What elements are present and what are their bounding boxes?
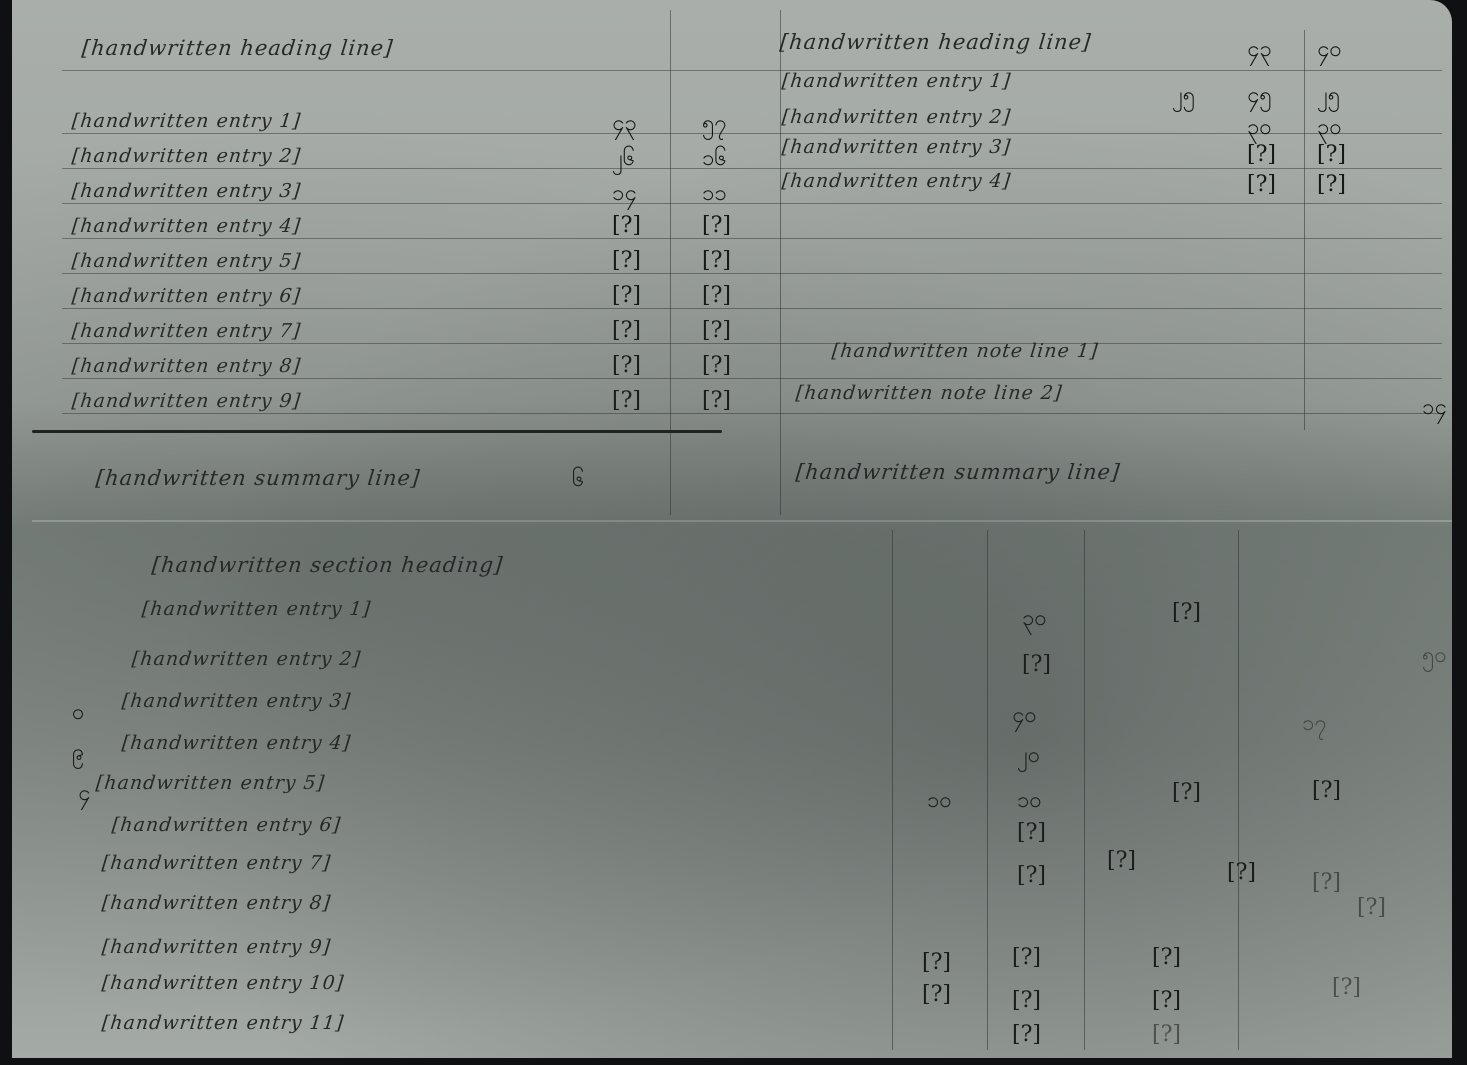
ledger-page: [handwritten heading line] [handwritten … — [12, 0, 1452, 1058]
ruled-line — [62, 203, 1442, 204]
entry-line: [handwritten entry 7] — [71, 320, 302, 342]
amount-2: ၃၀ — [1317, 112, 1342, 145]
amount-2: [?] — [1317, 172, 1346, 197]
entry-line: [handwritten entry 1] — [781, 70, 1012, 92]
entry-line: [handwritten entry 4] — [71, 215, 302, 237]
row-marker: ၀ — [72, 697, 84, 730]
col-2: [?] — [1017, 820, 1046, 845]
col-2: ၃၀ — [1022, 603, 1047, 636]
col-2: [?] — [1012, 945, 1041, 970]
amount-2: ၅၇ — [702, 108, 727, 141]
column-rule — [670, 10, 671, 515]
col-3: [?] — [1172, 600, 1201, 625]
entry-line: [handwritten entry 7] — [101, 852, 332, 874]
col-2: ၄၀ — [1012, 700, 1037, 733]
amount-0: ၂၅ — [1172, 80, 1195, 113]
entry-line: [handwritten entry 9] — [71, 390, 302, 412]
col-5: [?] — [1312, 778, 1341, 803]
entry-line: [handwritten entry 4] — [121, 732, 352, 754]
col-1: ၁၀ — [927, 785, 952, 818]
entry-line: [handwritten entry 6] — [71, 285, 302, 307]
entry-line: [handwritten entry 6] — [111, 814, 342, 836]
entry-line: [handwritten entry 5] — [71, 250, 302, 272]
amount-1: ၄၅ — [1247, 80, 1272, 113]
col-3: [?] — [1152, 1022, 1181, 1047]
column-rule — [1238, 530, 1239, 1050]
summary-left-amount: ၆ — [572, 464, 584, 497]
amount-1: ၂၆ — [612, 143, 635, 176]
ruled-line — [62, 133, 1442, 134]
amount-2: [?] — [702, 248, 731, 273]
amount-1: ၃၀ — [1247, 112, 1272, 145]
amount-1: [?] — [612, 318, 641, 343]
col-5: [?] — [1312, 870, 1341, 895]
entry-line: [handwritten entry 1] — [71, 110, 302, 132]
col-2: [?] — [1012, 1022, 1041, 1047]
amount-2: [?] — [702, 353, 731, 378]
column-rule — [892, 530, 893, 1050]
ruled-line — [62, 168, 1442, 169]
amount-1: [?] — [612, 388, 641, 413]
col-2: [?] — [1012, 988, 1041, 1013]
amount-2: ၂၅ — [1317, 80, 1340, 113]
entry-line: [handwritten entry 8] — [71, 355, 302, 377]
ruled-line — [32, 520, 1452, 522]
amount-2: [?] — [702, 213, 731, 238]
entry-line: [handwritten entry 3] — [781, 136, 1012, 158]
upper-right-heading: [handwritten heading line] — [779, 30, 1093, 54]
col-3: [?] — [1152, 945, 1181, 970]
ruled-line — [62, 70, 1442, 71]
amount-1: [?] — [612, 283, 641, 308]
note-line: [handwritten note line 2] — [795, 382, 1064, 404]
amount-1: [?] — [1247, 142, 1276, 167]
col-3: [?] — [1107, 848, 1136, 873]
amount-1: [?] — [612, 248, 641, 273]
entry-line: [handwritten entry 2] — [781, 106, 1012, 128]
amount-2: ၁၁ — [702, 178, 727, 211]
entry-line: [handwritten entry 4] — [781, 170, 1012, 192]
heading-amount-2: ၄၀ — [1317, 34, 1342, 67]
row-marker: ၉ — [72, 737, 84, 770]
ruled-line — [62, 273, 1442, 274]
entry-line: [handwritten entry 11] — [101, 1012, 345, 1034]
amount-1: ၁၄ — [612, 178, 637, 211]
amount-1: ၄၃ — [612, 108, 637, 141]
col-2: ၁၀ — [1017, 785, 1042, 818]
summary-left: [handwritten summary line] — [95, 466, 422, 490]
column-rule — [987, 530, 988, 1050]
col-5: [?] — [1332, 975, 1361, 1000]
col-1: [?] — [922, 950, 951, 975]
col-4: [?] — [1227, 860, 1256, 885]
amount-2: ၁၆ — [702, 143, 727, 176]
ruled-line — [62, 413, 1442, 414]
amount-1: [?] — [1247, 172, 1276, 197]
col-5: ၁၇ — [1302, 708, 1327, 741]
amount-1: [?] — [612, 353, 641, 378]
upper-left-heading: [handwritten heading line] — [81, 36, 395, 60]
amount-1: [?] — [612, 213, 641, 238]
row-marker: ၄ — [78, 778, 90, 811]
ruled-line — [62, 308, 1442, 309]
entry-line: [handwritten entry 2] — [71, 145, 302, 167]
col-1: [?] — [922, 982, 951, 1007]
amount-2: [?] — [1317, 142, 1346, 167]
ruled-line — [62, 238, 1442, 239]
entry-line: [handwritten entry 3] — [121, 690, 352, 712]
amount-2: [?] — [702, 318, 731, 343]
heading-amount-1: ၄၃ — [1247, 34, 1272, 67]
amount-2: [?] — [702, 388, 731, 413]
column-rule — [1304, 30, 1305, 430]
col-2: [?] — [1022, 652, 1051, 677]
col-3: [?] — [1152, 988, 1181, 1013]
entry-line: [handwritten entry 1] — [141, 598, 372, 620]
col-5: ၅၀ — [1422, 640, 1447, 673]
entry-line: [handwritten entry 3] — [71, 180, 302, 202]
entry-line: [handwritten entry 5] — [95, 772, 326, 794]
entry-line: [handwritten entry 2] — [131, 648, 362, 670]
column-rule — [1084, 530, 1085, 1050]
ruled-line — [62, 343, 1442, 344]
col-2: ၂၀ — [1017, 740, 1040, 773]
section-divider — [32, 430, 722, 433]
lower-section-heading: [handwritten section heading] — [151, 553, 505, 577]
summary-right: [handwritten summary line] — [795, 460, 1122, 484]
col-2: [?] — [1017, 863, 1046, 888]
entry-line: [handwritten entry 9] — [101, 936, 332, 958]
col-5: [?] — [1357, 895, 1386, 920]
ruled-line — [62, 378, 1442, 379]
entry-line: [handwritten entry 8] — [101, 892, 332, 914]
note-line: [handwritten note line 1] — [831, 340, 1100, 362]
amount-2: [?] — [702, 283, 731, 308]
col-3: [?] — [1172, 780, 1201, 805]
entry-line: [handwritten entry 10] — [101, 972, 345, 994]
side-amount: ၁၄ — [1422, 392, 1447, 425]
